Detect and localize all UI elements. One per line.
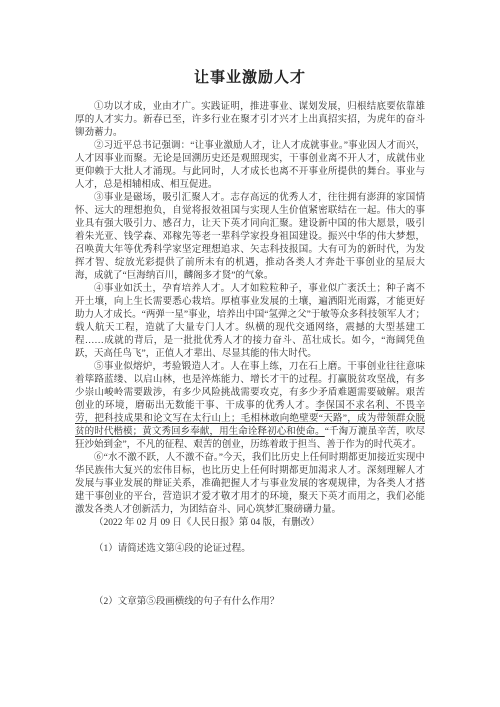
question-1: （1）请简述选文第④段的论证过程。: [75, 543, 425, 556]
paragraph-2: ②习近平总书记强调：“让事业激励人才，让人才成就事业。”事业因人才而兴，人才因事…: [75, 140, 425, 192]
source-citation: （2022 年 02 月 09 日《人民日报》第 04 版，有删改）: [75, 517, 425, 530]
paragraph-5: ⑤事业似熔炉，考验锻造人才。人在事上练，刀在石上磨。干事创业往往意味着筚路蓝缕、…: [75, 361, 425, 452]
paragraph-3: ③事业是磁场，吸引汇聚人才。志存高远的优秀人才，往往拥有澎湃的家国情怀、远大的理…: [75, 192, 425, 283]
question-2: （2）文章第⑤段画横线的句子有什么作用？: [75, 596, 425, 609]
paragraph-6: ⑥“水不激不跃，人不激不奋。”今天，我们比历史上任何时期都更加接近实现中华民族伟…: [75, 452, 425, 517]
paragraph-1: ①功以才成，业由才广。实践证明，推进事业、谋划发展，归根结底要依靠雄厚的人才实力…: [75, 101, 425, 140]
paragraph-4: ④事业如沃土，孕育培养人才。人才如粒粒种子，事业似广袤沃土；种子离不开土壤，向上…: [75, 283, 425, 361]
document-page: 让事业激励人才 ①功以才成，业由才广。实践证明，推进事业、谋划发展，归根结底要依…: [0, 0, 500, 707]
article-title: 让事业激励人才: [75, 66, 425, 87]
